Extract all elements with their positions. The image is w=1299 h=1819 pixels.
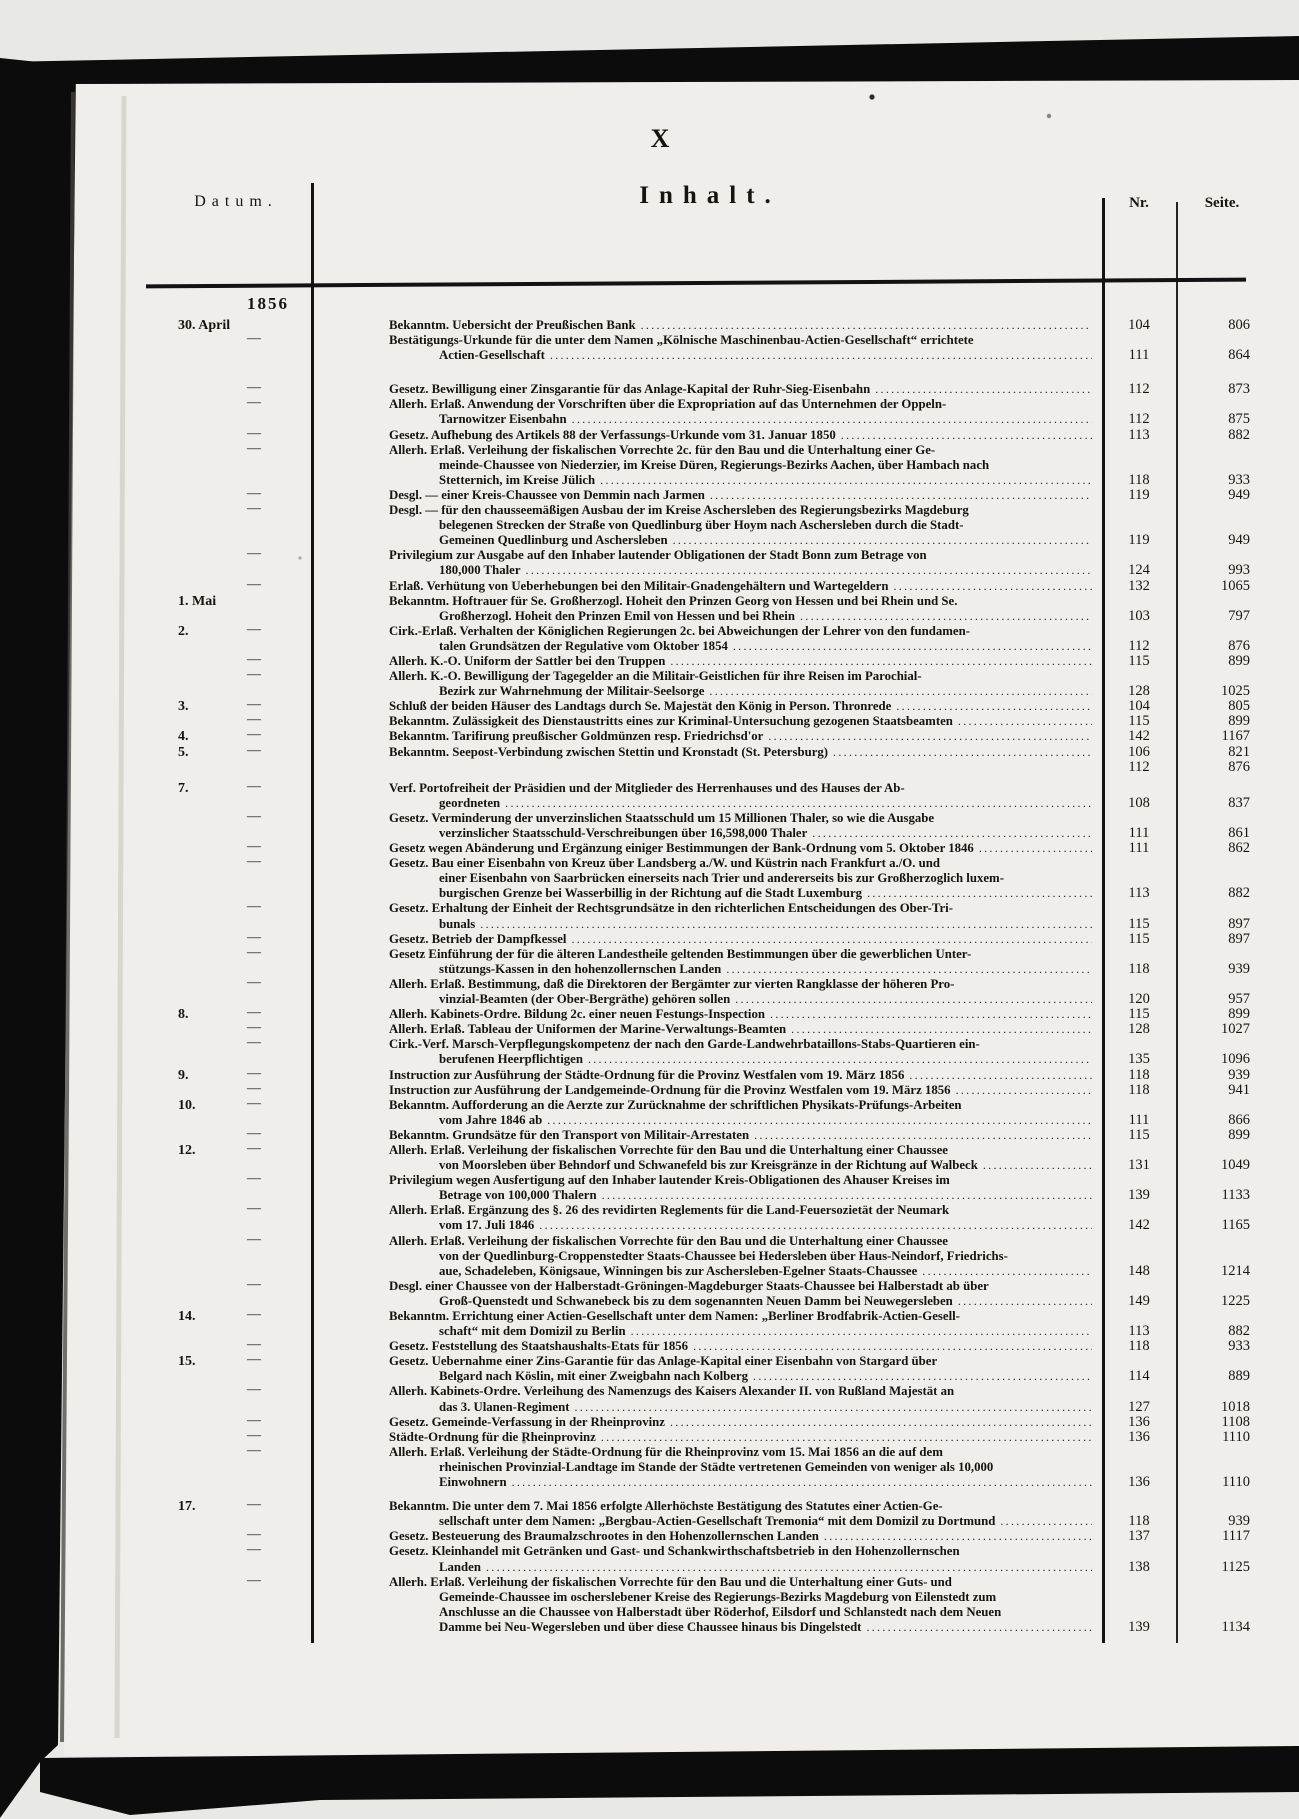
toc-row: —Gesetz. Kleinhandel mit Getränken und G… xyxy=(66,1544,1292,1574)
date-ditto-dash: — xyxy=(247,441,261,456)
entry-nr: 111 xyxy=(1102,348,1176,363)
entry-line: belegenen Strecken der Straße von Quedli… xyxy=(389,518,1092,533)
entry-line: Bekanntm. Zulässigkeit des Dienstaustrit… xyxy=(389,714,1092,729)
nr-value: 118 xyxy=(1102,962,1176,977)
page-value: 805 xyxy=(1176,699,1250,714)
entry-text: Allerh. Erlaß. Anwendung der Vorschrifte… xyxy=(313,397,1102,427)
date-day: 8. xyxy=(178,1007,189,1022)
entry-line-text: Bekanntm. Tarifirung preußischer Goldmün… xyxy=(389,729,763,743)
entry-line: Allerh. Kabinets-Ordre. Verleihung des N… xyxy=(389,1384,1092,1399)
date-ditto-dash: — xyxy=(247,1005,261,1020)
page-value: 899 xyxy=(1176,714,1250,729)
dot-leader: ........................................… xyxy=(875,382,1092,396)
nr-value: 142 xyxy=(1102,1218,1176,1233)
date-ditto-dash: — xyxy=(247,622,261,637)
page-value: 882 xyxy=(1176,1324,1250,1339)
date-cell: 2.— xyxy=(66,624,313,639)
entry-line-text: von Moorsleben über Behndorf und Schwane… xyxy=(439,1158,978,1172)
entry-text: Bekanntm. Uebersicht der Preußischen Ban… xyxy=(313,318,1102,333)
page-value: 1110 xyxy=(1176,1430,1250,1445)
entry-page: 864 xyxy=(1176,348,1292,363)
entry-line: Gesetz. Verminderung der unverzinslichen… xyxy=(389,811,1092,826)
toc-row: 10.—Bekanntm. Aufforderung an die Aerzte… xyxy=(66,1098,1292,1128)
date-ditto-dash: — xyxy=(247,839,261,854)
entry-page: 875 xyxy=(1176,412,1292,427)
page-value: 1096 xyxy=(1176,1052,1250,1067)
entry-page: 805 xyxy=(1176,699,1292,714)
nr-value: 113 xyxy=(1102,886,1176,901)
entry-nr: 114 xyxy=(1102,1369,1176,1384)
entry-page: 1134 xyxy=(1176,1620,1292,1635)
nr-value: 115 xyxy=(1102,932,1176,947)
entry-line: vinzial-Beamten (der Ober-Bergräthe) geh… xyxy=(389,992,1092,1007)
entry-nr: 127 xyxy=(1102,1400,1176,1415)
toc-row: —Allerh. Erlaß. Anwendung der Vorschrift… xyxy=(66,397,1292,427)
dot-leader: ........................................… xyxy=(791,1022,1092,1036)
date-ditto-dash: — xyxy=(247,1201,261,1216)
toc-row: 5.—Bekanntm. Seepost-Verbindung zwischen… xyxy=(66,745,1292,775)
entry-line: burgischen Grenze bei Wasserbillig in de… xyxy=(389,886,1092,901)
date-ditto-dash: — xyxy=(247,779,261,794)
date-cell: — xyxy=(66,333,313,348)
nr-value: 118 xyxy=(1102,1339,1176,1354)
toc-rows: 1856 30. AprilBekanntm. Uebersicht der P… xyxy=(66,292,1292,1635)
entry-line: vom Jahre 1846 ab.......................… xyxy=(389,1113,1092,1128)
page-value: 837 xyxy=(1176,796,1250,811)
date-ditto-dash: — xyxy=(247,652,261,667)
entry-line: stützungs-Kassen in den hohenzollernsche… xyxy=(389,962,1092,977)
page-value: 941 xyxy=(1176,1083,1250,1098)
entry-text: Bekanntm. Seepost-Verbindung zwischen St… xyxy=(313,745,1102,775)
entry-line-text: Städte-Ordnung für die Rheinprovinz xyxy=(389,1430,596,1444)
date-cell: 3.— xyxy=(66,699,313,714)
date-day: 3. xyxy=(178,699,189,714)
nr-value: 111 xyxy=(1102,841,1176,856)
dot-leader: ........................................… xyxy=(866,1620,1092,1634)
page-value: 949 xyxy=(1176,533,1250,548)
entry-text: Instruction zur Ausführung der Städte-Or… xyxy=(313,1068,1102,1083)
nr-value: 127 xyxy=(1102,1400,1176,1415)
date-cell: — xyxy=(66,977,313,992)
date-ditto-dash: — xyxy=(247,1413,261,1428)
page-value: 1125 xyxy=(1176,1560,1250,1575)
entry-text: Schluß der beiden Häuser des Landtags du… xyxy=(313,699,1102,714)
entry-page: 957 xyxy=(1176,992,1292,1007)
entry-nr: 118 xyxy=(1102,1083,1176,1098)
nr-value: 136 xyxy=(1102,1430,1176,1445)
entry-line: Gesetz. Betrieb der Dampfkessel.........… xyxy=(389,932,1092,947)
date-ditto-dash: — xyxy=(247,395,261,410)
entry-nr: 118 xyxy=(1102,1068,1176,1083)
page-value: 897 xyxy=(1176,932,1250,947)
entry-page: 993 xyxy=(1176,563,1292,578)
entry-line-text: Großherzogl. Hoheit den Prinzen Emil von… xyxy=(439,609,795,623)
entry-text: Gesetz Einführung der für die älteren La… xyxy=(313,947,1102,977)
entry-text: Gesetz wegen Abänderung und Ergänzung ei… xyxy=(313,841,1102,856)
toc-row: 1. MaiBekanntm. Hoftrauer für Se. Großhe… xyxy=(66,594,1292,624)
entry-line: Cirk.-Verf. Marsch-Verpflegungskompetenz… xyxy=(389,1037,1092,1052)
date-day: 2. xyxy=(178,624,189,639)
date-day: 4. xyxy=(178,729,189,744)
entry-text: Allerh. Erlaß. Ergänzung des §. 26 des r… xyxy=(313,1203,1102,1233)
entry-nr: 136 xyxy=(1102,1430,1176,1445)
entry-line-text: Landen xyxy=(439,1560,481,1574)
date-ditto-dash: — xyxy=(247,1126,261,1141)
entry-line-text: Allerh. Kabinets-Ordre. Verleihung des N… xyxy=(389,1384,954,1398)
date-ditto-dash: — xyxy=(247,1527,261,1542)
entry-line-text: Allerh. Erlaß. Tableau der Uniformen der… xyxy=(389,1022,786,1036)
entry-line: Bestätigungs-Urkunde für die unter dem N… xyxy=(389,333,1092,348)
column-header-inhalt: Inhalt. xyxy=(470,182,950,210)
toc-row: 12.—Allerh. Erlaß. Verleihung der fiskal… xyxy=(66,1143,1292,1173)
date-cell: — xyxy=(66,1445,313,1460)
entry-nr: 113 xyxy=(1102,1324,1176,1339)
entry-page: 806 xyxy=(1176,318,1292,333)
page-value: 866 xyxy=(1176,1113,1250,1128)
date-ditto-dash: — xyxy=(247,1497,261,1512)
entry-line: Gemeinde-Chaussee im oscherslebener Krei… xyxy=(389,1590,1092,1605)
date-cell: — xyxy=(66,1544,313,1559)
entry-line-text: sellschaft unter dem Namen: „Bergbau-Act… xyxy=(439,1514,995,1528)
dot-leader: ........................................… xyxy=(693,1339,1092,1353)
entry-line-text: Actien-Gesellschaft xyxy=(439,348,545,362)
date-cell: — xyxy=(66,654,313,669)
dot-leader: ........................................… xyxy=(735,992,1092,1006)
date-cell: — xyxy=(66,1575,313,1590)
toc-row: 2.—Cirk.-Erlaß. Verhalten der Königliche… xyxy=(66,624,1292,654)
entry-line-text: Gesetz. Besteuerung des Braumalzschroote… xyxy=(389,1529,819,1543)
date-ditto-dash: — xyxy=(247,743,261,758)
entry-page: 1018 xyxy=(1176,1400,1292,1415)
dot-leader: ........................................… xyxy=(526,563,1092,577)
column-header-nr: Nr. xyxy=(1102,195,1176,212)
entry-page: 897 xyxy=(1176,917,1292,932)
date-ditto-dash: — xyxy=(247,331,261,346)
date-cell: — xyxy=(66,1234,313,1249)
scanned-book-page: X Datum. Inhalt. Nr. Seite. 1856 30. Apr… xyxy=(0,0,1299,1819)
date-ditto-dash: — xyxy=(247,1020,261,1035)
nr-value: 104 xyxy=(1102,318,1176,333)
entry-line-text: Allerh. Erlaß. Verleihung der Städte-Ord… xyxy=(389,1445,943,1459)
page-value: 873 xyxy=(1176,382,1250,397)
entry-line: Allerh. K.-O. Bewilligung der Tagegelder… xyxy=(389,669,1092,684)
entry-text: Bekanntm. Die unter dem 7. Mai 1856 erfo… xyxy=(313,1499,1102,1529)
entry-text: Privilegium wegen Ausfertigung auf den I… xyxy=(313,1173,1102,1203)
entry-page: 897 xyxy=(1176,932,1292,947)
entry-line: von der Quedlinburg-Croppenstedter Staat… xyxy=(389,1249,1092,1264)
entry-line-text: Bekanntm. Aufforderung an die Aerzte zur… xyxy=(389,1098,962,1112)
entry-page: 1125 xyxy=(1176,1560,1292,1575)
entry-line: Gesetz Einführung der für die älteren La… xyxy=(389,947,1092,962)
entry-nr: 104 xyxy=(1102,699,1176,714)
date-cell: — xyxy=(66,841,313,856)
column-header-seite: Seite. xyxy=(1174,195,1270,212)
entry-line: geordneten..............................… xyxy=(389,796,1092,811)
entry-nr: 138 xyxy=(1102,1560,1176,1575)
entry-line-text: Allerh. Erlaß. Verleihung der fiskalisch… xyxy=(389,443,935,457)
page-value: 939 xyxy=(1176,1514,1250,1529)
entry-nr: 118 xyxy=(1102,1339,1176,1354)
date-ditto-dash: — xyxy=(247,930,261,945)
nr-value: 124 xyxy=(1102,563,1176,578)
entry-page: 1167 xyxy=(1176,729,1292,744)
toc-row: —Allerh. Erlaß. Verleihung der fiskalisc… xyxy=(66,1234,1292,1279)
entry-text: Desgl. einer Chaussee von der Halberstad… xyxy=(313,1279,1102,1309)
entry-line: Gemeinen Quedlinburg und Aschersleben...… xyxy=(389,533,1092,548)
nr-value-2: 112 xyxy=(1102,760,1176,775)
page-value: 957 xyxy=(1176,992,1250,1007)
dot-leader: ........................................… xyxy=(979,841,1092,855)
entry-line: 180,000 Thaler..........................… xyxy=(389,563,1092,578)
entry-line-text: Gemeinde-Chaussee im oscherslebener Krei… xyxy=(439,1590,996,1604)
entry-line: Allerh. Erlaß. Anwendung der Vorschrifte… xyxy=(389,397,1092,412)
entry-text: Desgl. — einer Kreis-Chaussee von Demmin… xyxy=(313,488,1102,503)
entry-text: Gesetz. Bewilligung einer Zinsgarantie f… xyxy=(313,382,1102,397)
entry-nr: 135 xyxy=(1102,1052,1176,1067)
entry-text: Allerh. Erlaß. Verleihung der fiskalisch… xyxy=(313,443,1102,488)
entry-line: Verf. Portofreiheit der Präsidien und de… xyxy=(389,781,1092,796)
date-day: 17. xyxy=(178,1499,196,1514)
date-cell: 17.— xyxy=(66,1499,313,1514)
entry-line: verzinslicher Staatsschuld-Verschreibung… xyxy=(389,826,1092,841)
nr-value: 115 xyxy=(1102,1007,1176,1022)
dot-leader: ........................................… xyxy=(539,1218,1092,1232)
date-cell: — xyxy=(66,428,313,443)
entry-line: Bekanntm. Uebersicht der Preußischen Ban… xyxy=(389,318,1092,333)
entry-line-text: das 3. Ulanen-Regiment xyxy=(439,1400,569,1414)
toc-row: —Allerh. Erlaß. Verleihung der fiskalisc… xyxy=(66,1575,1292,1635)
date-ditto-dash: — xyxy=(247,975,261,990)
page-value: 899 xyxy=(1176,654,1250,669)
entry-nr: 118 xyxy=(1102,962,1176,977)
dot-leader: ........................................… xyxy=(824,1529,1092,1543)
entry-line-text: verzinslicher Staatsschuld-Verschreibung… xyxy=(439,826,807,840)
page-value: 875 xyxy=(1176,412,1250,427)
entry-line: Gesetz. Besteuerung des Braumalzschroote… xyxy=(389,1529,1092,1544)
entry-line: aue, Schadeleben, Königsaue, Winningen b… xyxy=(389,1264,1092,1279)
entry-line: Allerh. Erlaß. Ergänzung des §. 26 des r… xyxy=(389,1203,1092,1218)
entry-line: Gesetz. Aufhebung des Artikels 88 der Ve… xyxy=(389,428,1092,443)
entry-line: das 3. Ulanen-Regiment..................… xyxy=(389,1400,1092,1415)
page-value: 949 xyxy=(1176,488,1250,503)
entry-line: Betrage von 100,000 Thalern.............… xyxy=(389,1188,1092,1203)
entry-line-text: Cirk.-Verf. Marsch-Verpflegungskompetenz… xyxy=(389,1037,980,1051)
entry-line-text: Bekanntm. Die unter dem 7. Mai 1856 erfo… xyxy=(389,1499,943,1513)
date-ditto-dash: — xyxy=(247,577,261,592)
dot-leader: ........................................… xyxy=(867,886,1092,900)
page-value: 876 xyxy=(1176,639,1250,654)
entry-nr: 111 xyxy=(1102,841,1176,856)
date-cell: — xyxy=(66,714,313,729)
toc-row: 15.—Gesetz. Uebernahme einer Zins-Garant… xyxy=(66,1354,1292,1384)
entry-text: Gesetz. Kleinhandel mit Getränken und Ga… xyxy=(313,1544,1102,1574)
dot-leader: ........................................… xyxy=(602,1188,1092,1202)
dot-leader: ........................................… xyxy=(480,917,1092,931)
entry-nr: 118 xyxy=(1102,473,1176,488)
entry-page: 939 xyxy=(1176,962,1292,977)
entry-nr: 136 xyxy=(1102,1475,1176,1490)
dot-leader: ........................................… xyxy=(833,745,1092,759)
date-cell: 8.— xyxy=(66,1007,313,1022)
nr-value: 132 xyxy=(1102,579,1176,594)
entry-line: Bekanntm. Aufforderung an die Aerzte zur… xyxy=(389,1098,1092,1113)
dot-leader: ........................................… xyxy=(726,962,1092,976)
date-cell: — xyxy=(66,1037,313,1052)
entry-page: 882 xyxy=(1176,1324,1292,1339)
entry-nr: 115 xyxy=(1102,1007,1176,1022)
nr-value: 106 xyxy=(1102,745,1176,760)
toc-row: —Allerh. Erlaß. Verleihung der fiskalisc… xyxy=(66,443,1292,488)
entry-page: 1214 xyxy=(1176,1264,1292,1279)
date-cell: — xyxy=(66,503,313,518)
entry-nr: 139 xyxy=(1102,1188,1176,1203)
date-cell: — xyxy=(66,856,313,871)
nr-value: 118 xyxy=(1102,1514,1176,1529)
page-value: 897 xyxy=(1176,917,1250,932)
page-value: 806 xyxy=(1176,318,1250,333)
entry-line: Allerh. Kabinets-Ordre. Bildung 2c. eine… xyxy=(389,1007,1092,1022)
entry-page: 1027 xyxy=(1176,1022,1292,1037)
entry-line: Allerh. Erlaß. Verleihung der Städte-Ord… xyxy=(389,1445,1092,1460)
date-ditto-dash: — xyxy=(247,1141,261,1156)
entry-text: Allerh. Kabinets-Ordre. Verleihung des N… xyxy=(313,1384,1102,1414)
nr-value: 137 xyxy=(1102,1529,1176,1544)
entry-text: Cirk.-Verf. Marsch-Verpflegungskompetenz… xyxy=(313,1037,1102,1067)
date-ditto-dash: — xyxy=(247,727,261,742)
entry-page: 949 xyxy=(1176,533,1292,548)
dot-leader: ........................................… xyxy=(956,1083,1092,1097)
entry-line-text: stützungs-Kassen in den hohenzollernsche… xyxy=(439,962,721,976)
entry-line-text: Allerh. Erlaß. Bestimmung, daß die Direk… xyxy=(389,977,954,991)
entry-line-text: Betrage von 100,000 Thalern xyxy=(439,1188,597,1202)
date-cell: — xyxy=(66,1173,313,1188)
date-ditto-dash: — xyxy=(247,501,261,516)
entry-line: Allerh. Erlaß. Bestimmung, daß die Direk… xyxy=(389,977,1092,992)
entry-page: 837 xyxy=(1176,796,1292,811)
entry-nr: 149 xyxy=(1102,1294,1176,1309)
date-day: 12. xyxy=(178,1143,196,1158)
entry-line-text: Desgl. — für den chausseemäßigen Ausbau … xyxy=(389,503,969,517)
entry-line-text: Bezirk zur Wahrnehmung der Militair-Seel… xyxy=(439,684,704,698)
page-value: 1214 xyxy=(1176,1264,1250,1279)
dot-leader: ........................................… xyxy=(588,1052,1092,1066)
entry-text: Bekanntm. Zulässigkeit des Dienstaustrit… xyxy=(313,714,1102,729)
entry-line: Gesetz. Bewilligung einer Zinsgarantie f… xyxy=(389,382,1092,397)
date-cell: — xyxy=(66,901,313,916)
entry-page: 876 xyxy=(1176,639,1292,654)
entry-nr: 103 xyxy=(1102,609,1176,624)
dot-leader: ........................................… xyxy=(733,639,1092,653)
toc-row: —Desgl. — für den chausseemäßigen Ausbau… xyxy=(66,503,1292,548)
entry-line: Schluß der beiden Häuser des Landtags du… xyxy=(389,699,1092,714)
entry-line: Allerh. Erlaß. Verleihung der fiskalisch… xyxy=(389,443,1092,458)
entry-text: Gesetz. Aufhebung des Artikels 88 der Ve… xyxy=(313,428,1102,443)
entry-page: 1025 xyxy=(1176,684,1292,699)
entry-line: Gesetz. Kleinhandel mit Getränken und Ga… xyxy=(389,1544,1092,1559)
entry-page: 861 xyxy=(1176,826,1292,841)
entry-line-text: aue, Schadeleben, Königsaue, Winningen b… xyxy=(439,1264,917,1278)
entry-line-text: vinzial-Beamten (der Ober-Bergräthe) geh… xyxy=(439,992,730,1006)
date-ditto-dash: — xyxy=(247,1352,261,1367)
entry-page: 1110 xyxy=(1176,1475,1292,1490)
entry-line: Großherzogl. Hoheit den Prinzen Emil von… xyxy=(389,609,1092,624)
entry-nr: 142 xyxy=(1102,729,1176,744)
entry-nr: 106112 xyxy=(1102,745,1176,775)
date-cell: 14.— xyxy=(66,1309,313,1324)
toc-row: 7.—Verf. Portofreiheit der Präsidien und… xyxy=(66,781,1292,811)
page-value: 1225 xyxy=(1176,1294,1250,1309)
entry-line-text: Desgl. — einer Kreis-Chaussee von Demmin… xyxy=(389,488,705,502)
date-day: 9. xyxy=(178,1068,189,1083)
dot-leader: ........................................… xyxy=(812,826,1092,840)
entry-line-text: Einwohnern xyxy=(439,1475,507,1489)
entry-line-text: Schluß der beiden Häuser des Landtags du… xyxy=(389,699,891,713)
toc-row: —Allerh. K.-O. Bewilligung der Tagegelde… xyxy=(66,669,1292,699)
nr-value: 104 xyxy=(1102,699,1176,714)
dot-leader: ........................................… xyxy=(673,533,1092,547)
entry-line: Actien-Gesellschaft.....................… xyxy=(389,348,1092,363)
dot-leader: ........................................… xyxy=(670,654,1092,668)
date-cell: — xyxy=(66,947,313,962)
date-ditto-dash: — xyxy=(247,1307,261,1322)
entry-text: Bekanntm. Tarifirung preußischer Goldmün… xyxy=(313,729,1102,744)
entry-line-text: Gesetz. Aufhebung des Artikels 88 der Ve… xyxy=(389,428,836,442)
entry-line: Städte-Ordnung für die Rheinprovinz.....… xyxy=(389,1430,1092,1445)
entry-nr: 115 xyxy=(1102,932,1176,947)
entry-nr: 115 xyxy=(1102,714,1176,729)
dot-leader: ........................................… xyxy=(512,1475,1092,1489)
entry-line: Gesetz. Bau einer Eisenbahn von Kreuz üb… xyxy=(389,856,1092,871)
date-ditto-dash: — xyxy=(247,854,261,869)
entry-line: sellschaft unter dem Namen: „Bergbau-Act… xyxy=(389,1514,1092,1529)
date-ditto-dash: — xyxy=(247,1337,261,1352)
entry-page: 899 xyxy=(1176,714,1292,729)
toc-row: —Allerh. Kabinets-Ordre. Verleihung des … xyxy=(66,1384,1292,1414)
entry-line-text: Gesetz. Bewilligung einer Zinsgarantie f… xyxy=(389,382,870,396)
toc-row: —Gesetz. Erhaltung der Einheit der Recht… xyxy=(66,901,1292,931)
dot-leader: ........................................… xyxy=(922,1264,1092,1278)
entry-line: rheinischen Provinzial-Landtage im Stand… xyxy=(389,1460,1092,1475)
toc-row: —Gesetz. Verminderung der unverzinsliche… xyxy=(66,811,1292,841)
date-ditto-dash: — xyxy=(247,1443,261,1458)
dot-leader: ........................................… xyxy=(572,412,1092,426)
entry-line: Bekanntm. Errichtung einer Actien-Gesell… xyxy=(389,1309,1092,1324)
page-value: 797 xyxy=(1176,609,1250,624)
entry-text: Allerh. Kabinets-Ordre. Bildung 2c. eine… xyxy=(313,1007,1102,1022)
entry-line-text: Bestätigungs-Urkunde für die unter dem N… xyxy=(389,333,974,347)
toc-row: —Desgl. einer Chaussee von der Halbersta… xyxy=(66,1279,1292,1309)
entry-nr: 115 xyxy=(1102,917,1176,932)
entry-text: Allerh. Erlaß. Verleihung der fiskalisch… xyxy=(313,1234,1102,1279)
page-value: 1018 xyxy=(1176,1400,1250,1415)
entry-line: Privilegium zur Ausgabe auf den Inhaber … xyxy=(389,548,1092,563)
date-ditto-dash: — xyxy=(247,1171,261,1186)
date-ditto-dash: — xyxy=(247,1277,261,1292)
date-cell: 9.— xyxy=(66,1068,313,1083)
nr-value: 112 xyxy=(1102,639,1176,654)
date-ditto-dash: — xyxy=(247,1542,261,1557)
dot-leader: ........................................… xyxy=(601,1430,1092,1444)
entry-text: Gesetz. Verminderung der unverzinslichen… xyxy=(313,811,1102,841)
entry-page: 899 xyxy=(1176,1007,1292,1022)
entry-text: Cirk.-Erlaß. Verhalten der Königlichen R… xyxy=(313,624,1102,654)
nr-value: 113 xyxy=(1102,428,1176,443)
date-ditto-dash: — xyxy=(247,1573,261,1588)
entry-line: talen Grundsätzen der Regulative vom Okt… xyxy=(389,639,1092,654)
date-ditto-dash: — xyxy=(247,945,261,960)
toc-row: 17.—Bekanntm. Die unter dem 7. Mai 1856 … xyxy=(66,1499,1292,1529)
nr-value: 111 xyxy=(1102,1113,1176,1128)
